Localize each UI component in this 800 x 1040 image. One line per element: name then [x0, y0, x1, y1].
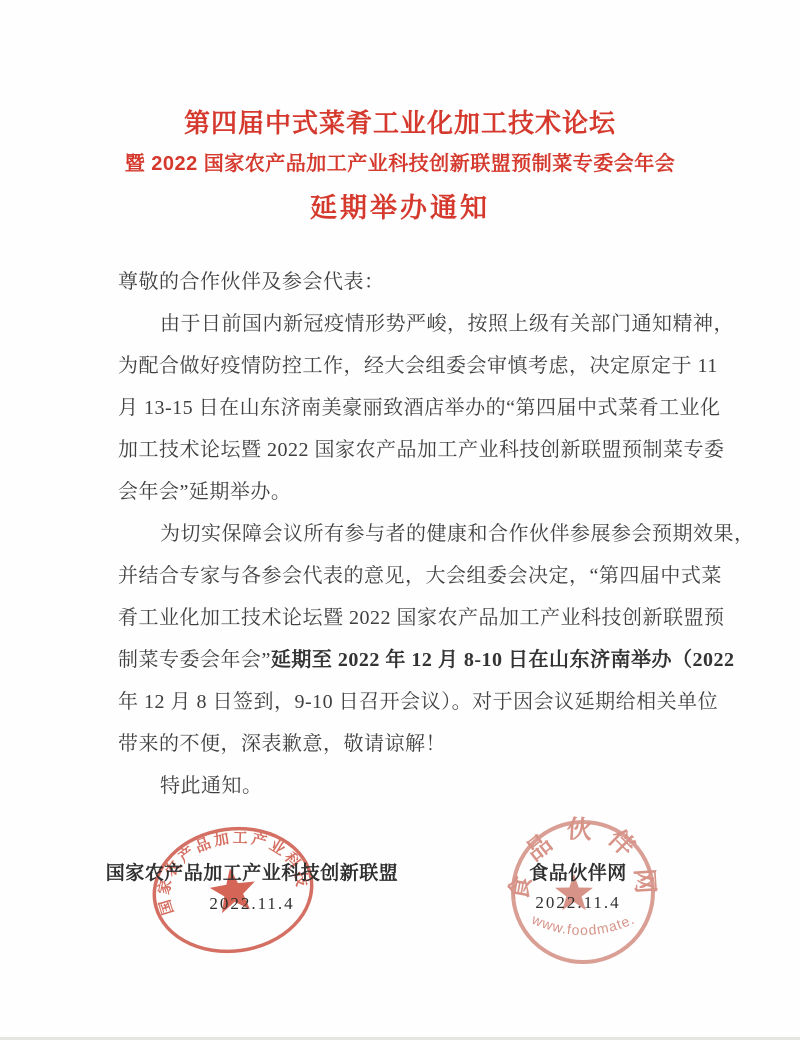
notice-title-line-1: 第四届中式菜肴工业化加工技术论坛 — [0, 103, 800, 140]
alliance-seal-stamp-icon: 国家农产品加工产业科技创新联盟 — [128, 805, 338, 975]
signature-date-left: 2022.11.4 — [92, 894, 412, 914]
body-line: 会年会”延期举办。 — [118, 471, 696, 513]
body-line: 由于日前国内新冠疫情形势严峻，按照上级有关部门通知精神， — [118, 303, 696, 345]
body-line: 月 13-15 日在山东济南美豪丽致酒店举办的“第四届中式菜肴工业化 — [118, 387, 696, 429]
body-line: 并结合专家与各参会代表的意见，大会组委会决定，“第四届中式菜 — [118, 555, 696, 597]
body-line: 为配合做好疫情防控工作，经大会组委会审慎考虑，决定原定于 11 — [118, 345, 696, 387]
notice-title-line-2: 暨 2022 国家农产品加工产业科技创新联盟预制菜专委会年会 — [0, 147, 800, 176]
body-line: 制菜专委会年会”延期至 2022 年 12 月 8-10 日在山东济南举办（20… — [118, 639, 696, 681]
body-line: 肴工业化加工技术论坛暨 2022 国家农产品加工产业科技创新联盟预 — [118, 597, 696, 639]
body-line: 尊敬的合作伙伴及参会代表： — [118, 261, 696, 303]
signature-date-right: 2022.11.4 — [428, 893, 728, 913]
notice-document: 第四届中式菜肴工业化加工技术论坛 暨 2022 国家农产品加工产业科技创新联盟预… — [0, 0, 800, 1040]
body-line: 为切实保障会议所有参与者的健康和合作伙伴参展参会预期效果， — [118, 513, 696, 555]
body-line: 带来的不便，深表歉意，敬请谅解！ — [118, 723, 696, 765]
notice-title-line-3: 延期举办通知 — [0, 186, 800, 225]
signature-org-right: 食品伙伴网 — [428, 858, 728, 885]
body-text: 尊敬的合作伙伴及参会代表：由于日前国内新冠疫情形势严峻，按照上级有关部门通知精神… — [118, 261, 696, 807]
foodmate-seal-stamp-icon: 食品伙伴网 www.foodmate.net — [503, 812, 663, 972]
body-line: 特此通知。 — [118, 765, 696, 807]
body-line: 年 12 月 8 日签到，9-10 日召开会议）。对于因会议延期给相关单位 — [118, 681, 696, 723]
body-line: 加工技术论坛暨 2022 国家农产品加工产业科技创新联盟预制菜专委 — [118, 429, 696, 471]
signature-org-left: 国家农产品加工产业科技创新联盟 — [92, 858, 412, 885]
